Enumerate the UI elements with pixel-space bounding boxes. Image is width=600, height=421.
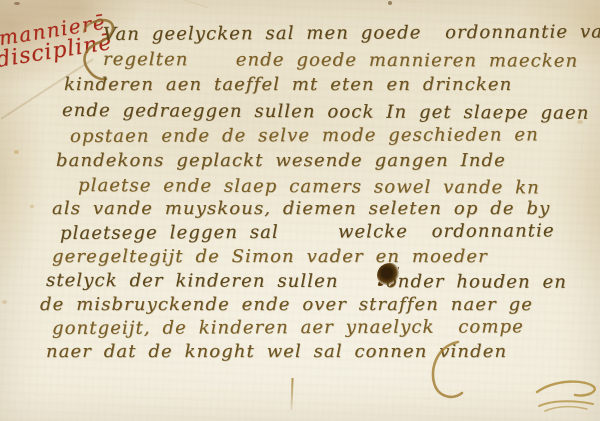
paper-speck (14, 2, 20, 5)
manuscript-line: regelten ende goede mannieren maecken ha… (103, 49, 600, 72)
paper-speck (388, 1, 392, 5)
manuscript-line: als vande muyskous, diemen seleten op de… (52, 198, 550, 219)
manuscript-line: gontgeijt, de kinderen aer ynaelyck comp… (52, 316, 524, 339)
paper-fold-crease (151, 0, 208, 8)
manuscript-line: bandekons geplackt wesende gangen Inde (56, 150, 506, 171)
manuscript-line: ende gedraeggen sullen oock In get slaep… (62, 100, 590, 124)
manuscript-line: opstaen ende de selve mode geschieden en (70, 124, 539, 147)
manuscript-line: plaetsege leggen sal welcke ordonnantie (60, 220, 555, 244)
manuscript-line: plaetse ende slaep camers sowel vande kn (78, 175, 540, 198)
paper-speck (30, 205, 34, 208)
manuscript-line: geregeltegijt de Simon vader en moeder (52, 246, 488, 267)
manuscript-line: kinderen aen taeffel mt eten en drincken (64, 74, 512, 95)
manuscript-line: de misbruyckende ende over straffen naer… (40, 294, 533, 315)
signature-swash (533, 376, 600, 418)
descender-stroke (290, 378, 293, 410)
paper-speck (14, 150, 19, 154)
manuscript-line: naer dat de knoght wel sal connen vinden (46, 341, 507, 362)
manuscript-page: mannierē disciplinē Van geelycken sal me… (0, 0, 600, 421)
margin-note: mannierē disciplinē (0, 11, 114, 71)
paper-speck (2, 300, 7, 304)
manuscript-line: Van geelycken sal men goede ordonnantie … (103, 21, 600, 45)
manuscript-line: stelyck der kinderen sullen onder houden… (46, 270, 567, 293)
